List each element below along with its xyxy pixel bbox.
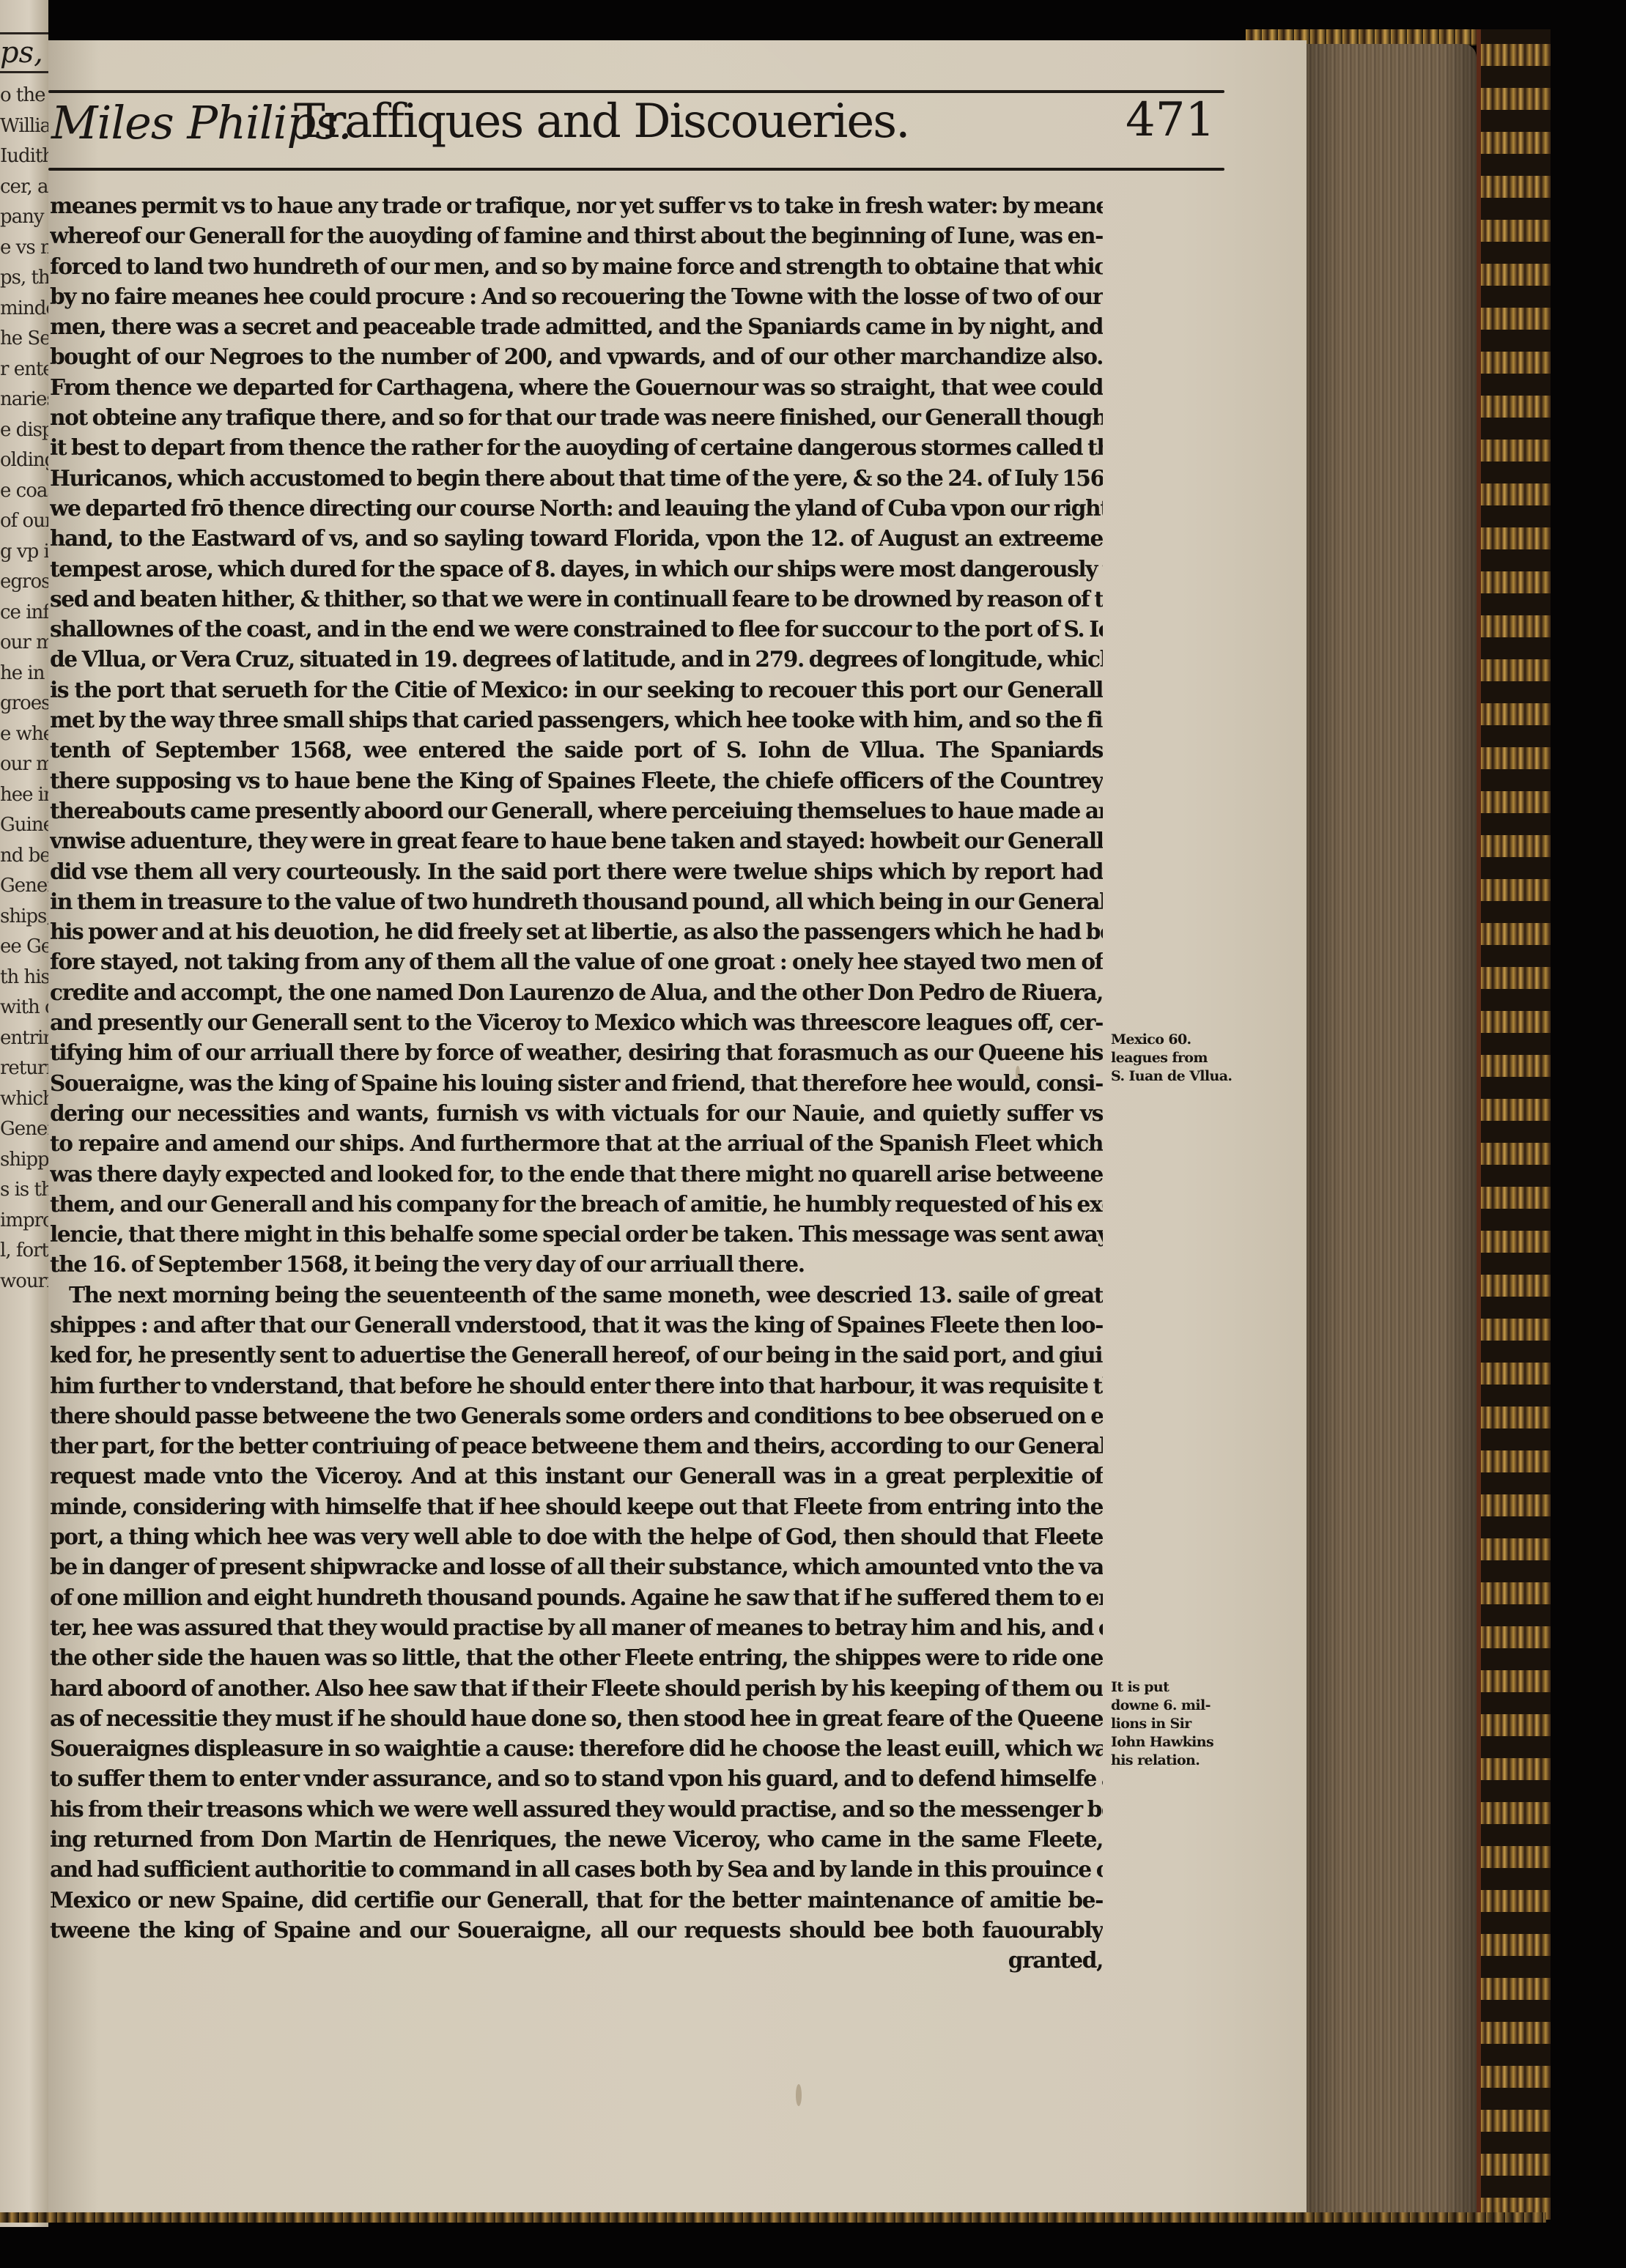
text-line: shallownes of the coast, and in the end … [50, 614, 1103, 644]
left-page-line-fragment: with our [0, 993, 48, 1023]
running-head-title: Traffiques and Discoueries. [294, 94, 909, 149]
gilt-binding-bottom [0, 2212, 1546, 2223]
text-line: dering our necessities and wants, furnis… [50, 1098, 1103, 1128]
left-page-line-fragment: our men [0, 628, 48, 659]
gilt-binding-border [1477, 29, 1551, 2220]
left-page-line-fragment: ps, that wee [0, 263, 48, 294]
left-page-line-fragment: shipping [0, 1145, 48, 1176]
text-line: the other side the hauen was so little, … [50, 1642, 1103, 1672]
margin-note-line: lions in Sir [1111, 1715, 1257, 1733]
left-page-line-fragment: our men [0, 749, 48, 780]
left-page-text-fragments: o the Mynion,William andIudith, incer, a… [0, 81, 48, 1297]
text-line: was there dayly expected and looked for,… [50, 1159, 1103, 1189]
left-page-line-fragment: o the Mynion, [0, 81, 48, 111]
text-line: his from their treasons which we were we… [50, 1794, 1103, 1824]
margin-note-line: S. Iuan de Vllua. [1111, 1067, 1257, 1086]
left-page-line-fragment: cer, as allo the [0, 172, 48, 203]
text-line: request made vnto the Viceroy. And at th… [50, 1461, 1103, 1491]
text-line: The next morning being the seuenteenth o… [50, 1280, 1103, 1310]
text-line: Mexico or new Spaine, did certifie our G… [50, 1885, 1103, 1915]
text-line: in them in treasure to the value of two … [50, 886, 1103, 916]
left-page-line-fragment: e wherein [0, 719, 48, 750]
left-page-line-fragment: naries, where [0, 385, 48, 415]
text-line: ter, hee was assured that they would pra… [50, 1612, 1103, 1642]
text-line: hard aboord of another. Also hee saw tha… [50, 1673, 1103, 1703]
left-page-line-fragment: he in very [0, 659, 48, 689]
text-line: forced to land two hundreth of our men, … [50, 251, 1103, 281]
text-line: Huricanos, which accustomed to begin the… [50, 463, 1103, 493]
left-page-line-fragment: returned [0, 1053, 48, 1084]
text-line: hand, to the Eastward of vs, and so sayl… [50, 523, 1103, 553]
text-line: there should passe betweene the two Gene… [50, 1401, 1103, 1431]
left-page-line-fragment: ships, we [0, 902, 48, 933]
text-line: Soueraigne, was the king of Spaine his l… [50, 1068, 1103, 1098]
text-line: minde, considering with himselfe that if… [50, 1491, 1103, 1522]
margin-note-mexico-leagues: Mexico 60.leagues fromS. Iuan de Vllua. [1111, 1031, 1257, 1086]
left-page-running-head: ps, Miles [0, 32, 48, 73]
left-page-line-fragment: r entended [0, 355, 48, 385]
book-page: Miles Philips. Traffiques and Discouerie… [48, 40, 1307, 2212]
text-line: lencie, that there might in this behalfe… [50, 1219, 1103, 1249]
margin-note-line: Mexico 60. [1111, 1031, 1257, 1049]
text-line: there supposing vs to haue bene the King… [50, 766, 1103, 796]
text-line: is the port that serueth for the Citie o… [50, 675, 1103, 705]
text-line: credite and accompt, the one named Don L… [50, 977, 1103, 1007]
text-line: tifying him of our arriuall there by for… [50, 1037, 1103, 1067]
text-line: tempest arose, which dured for the space… [50, 554, 1103, 584]
left-page-line-fragment: hee in [0, 780, 48, 811]
text-line: vnwise aduenture, they were in great fea… [50, 826, 1103, 856]
text-line: him further to vnderstand, that before h… [50, 1371, 1103, 1401]
text-line: ked for, he presently sent to aduertise … [50, 1340, 1103, 1370]
left-page-line-fragment: Iudith, in [0, 141, 48, 172]
paper-stain [796, 2084, 802, 2106]
body-text: meanes permit vs to haue any trade or tr… [50, 190, 1103, 1976]
text-line: thereabouts came presently aboord our Ge… [50, 796, 1103, 826]
left-page-line-fragment: which hee [0, 1084, 48, 1115]
margin-note-line: leagues from [1111, 1049, 1257, 1067]
left-page-line-fragment: Guinea [0, 810, 48, 841]
left-page-line-fragment: e dispersed, [0, 415, 48, 446]
margin-note-line: Iohn Hawkins [1111, 1733, 1257, 1752]
margin-note-line: It is put [1111, 1678, 1257, 1697]
left-page-line-fragment: egros : [0, 567, 48, 598]
margin-note-line: downe 6. mil- [1111, 1697, 1257, 1715]
text-line: From thence we departed for Carthagena, … [50, 372, 1103, 402]
text-line: and presently our Generall sent to the V… [50, 1007, 1103, 1037]
text-line: tweene the king of Spaine and our Souera… [50, 1915, 1103, 1945]
left-page-line-fragment: Generall [0, 871, 48, 902]
text-line: whereof our Generall for the auoyding of… [50, 220, 1103, 251]
text-line: by no faire meanes hee could procure : A… [50, 281, 1103, 311]
text-line: tenth of September 1568, wee entered the… [50, 735, 1103, 765]
header-bottom-rule [48, 168, 1224, 171]
text-line: it best to depart from thence the rather… [50, 432, 1103, 462]
text-line: ing returned from Don Martin de Henrique… [50, 1824, 1103, 1854]
left-page-line-fragment: e vs neere [0, 233, 48, 264]
left-page-line-fragment: l, fortune [0, 1236, 48, 1267]
text-line: of one million and eight hundreth thousa… [50, 1582, 1103, 1612]
text-line: ther part, for the better contriuing of … [50, 1431, 1103, 1461]
page-number: 471 [1126, 93, 1215, 147]
left-page-line-fragment: Generall [0, 1114, 48, 1145]
book-fore-edge [1307, 44, 1477, 2212]
text-line: not obteine any trafique there, and so f… [50, 402, 1103, 432]
text-line: met by the way three small ships that ca… [50, 705, 1103, 735]
left-page-line-fragment: groes : [0, 689, 48, 719]
text-line: fore stayed, not taking from any of them… [50, 946, 1103, 976]
left-page-line-fragment: g vp into the [0, 537, 48, 568]
left-page-line-fragment: wourned [0, 1267, 48, 1297]
text-line: them, and our Generall and his company f… [50, 1189, 1103, 1219]
margin-note-hawkins-relation: It is putdowne 6. mil-lions in SirIohn H… [1111, 1678, 1257, 1770]
text-line: did vse them all very courteously. In th… [50, 856, 1103, 886]
left-page-line-fragment: e coast of Af [0, 476, 48, 507]
left-page-line-fragment: he Seas [0, 324, 48, 355]
catchword: granted, [50, 1945, 1103, 1975]
text-line: port, a thing which hee was very well ab… [50, 1522, 1103, 1552]
left-page-line-fragment: olding on our [0, 445, 48, 476]
text-line: his power and at his deuotion, he did fr… [50, 916, 1103, 946]
margin-note-line: his relation. [1111, 1752, 1257, 1770]
text-line: be in danger of present shipwracke and l… [50, 1552, 1103, 1582]
text-line: sed and beaten hither, & thither, so tha… [50, 584, 1103, 614]
left-page-line-fragment: s is thei [0, 1175, 48, 1206]
text-line: to suffer them to enter vnder assurance,… [50, 1763, 1103, 1793]
text-line: we departed frō thence directing our cou… [50, 493, 1103, 523]
text-line: shippes : and after that our Generall vn… [50, 1310, 1103, 1340]
text-line: as of necessitie they must if he should … [50, 1703, 1103, 1733]
text-line: de Vllua, or Vera Cruz, situated in 19. … [50, 644, 1103, 674]
text-line: to repaire and amend our ships. And furt… [50, 1128, 1103, 1158]
left-page-line-fragment: th his [0, 963, 48, 993]
left-page-line-fragment: ee Generall [0, 932, 48, 963]
left-page-line-fragment: improued [0, 1206, 48, 1237]
left-page-line-fragment: nd being [0, 841, 48, 872]
text-line: and had sufficient authoritie to command… [50, 1854, 1103, 1884]
text-line: men, there was a secret and peaceable tr… [50, 311, 1103, 341]
left-page-line-fragment: pany together [0, 202, 48, 233]
text-line: meanes permit vs to haue any trade or tr… [50, 190, 1103, 220]
left-page-line-fragment: William and [0, 111, 48, 142]
facing-left-page: ps, Miles o the Mynion,William andIudith… [0, 0, 48, 2227]
text-line: bought of our Negroes to the number of 2… [50, 341, 1103, 371]
left-page-line-fragment: minde to giue [0, 294, 48, 325]
left-page-line-fragment: of our men [0, 506, 48, 537]
left-page-line-fragment: ce inforced [0, 598, 48, 629]
text-line: Soueraignes displeasure in so waightie a… [50, 1733, 1103, 1763]
text-line: the 16. of September 1568, it being the … [50, 1249, 1103, 1279]
left-page-line-fragment: entring [0, 1023, 48, 1054]
running-head: Miles Philips. Traffiques and Discouerie… [48, 92, 1224, 179]
